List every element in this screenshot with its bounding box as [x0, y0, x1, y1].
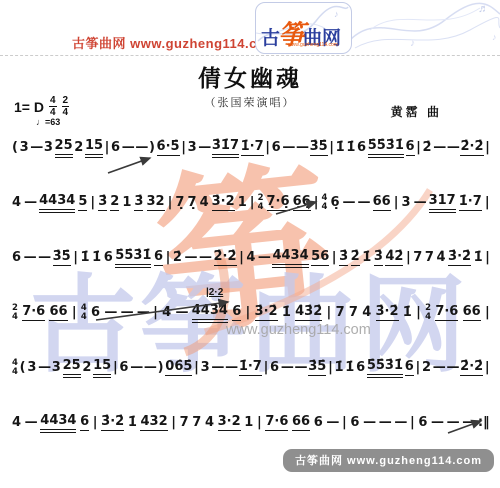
- note-token: 7·6: [22, 304, 45, 321]
- note-token: 5̇5̇3̇1̇: [368, 138, 404, 158]
- barline: |: [416, 305, 421, 321]
- note-token: 6: [272, 140, 281, 156]
- note-token: 6: [119, 360, 128, 376]
- note-token: 3·2: [218, 414, 241, 431]
- barline: |: [257, 415, 262, 431]
- note-token: 7̣: [175, 195, 184, 211]
- note-token: 66: [49, 304, 67, 321]
- note-token: 1̇: [336, 140, 345, 156]
- note-token: 1̇: [282, 305, 291, 321]
- barline: |: [166, 250, 171, 266]
- note-token: —: [38, 360, 50, 376]
- note-token: 3̇5̇: [53, 249, 71, 266]
- note-token: —: [225, 360, 237, 376]
- note-token: 4̇: [362, 305, 371, 321]
- note-token: —: [462, 415, 474, 431]
- barline: |: [328, 360, 333, 376]
- note-token: —: [394, 415, 406, 431]
- time-signature-24: 2 4: [62, 95, 70, 118]
- note-token: 1̇: [92, 250, 101, 266]
- note-token: 6: [314, 415, 323, 431]
- note-token: 6: [405, 359, 414, 376]
- note-token: 3̇: [98, 194, 107, 211]
- note-token: 4: [12, 195, 21, 211]
- note-token: —: [447, 415, 459, 431]
- svg-text:♬: ♬: [478, 3, 489, 15]
- note-token: 6: [270, 360, 279, 376]
- note-token: 3̇: [134, 194, 143, 211]
- note-token: —: [135, 140, 147, 156]
- note-token: 4: [246, 250, 255, 266]
- note-token: 1̇: [362, 250, 371, 266]
- note-token: 2: [74, 140, 83, 156]
- barline: |: [239, 250, 244, 266]
- time-signature-inline: 24: [12, 304, 18, 322]
- time-signature-inline: 44: [321, 194, 327, 212]
- note-token: 2: [110, 194, 119, 211]
- header-divider: [0, 55, 500, 56]
- note-token: 5: [78, 194, 87, 211]
- note-token: —: [144, 360, 156, 376]
- barline: |: [265, 140, 270, 156]
- note-token: —: [343, 195, 355, 211]
- barline: |: [485, 360, 490, 376]
- note-token: —: [198, 140, 210, 156]
- barline: |: [329, 140, 334, 156]
- note-token: (: [20, 360, 26, 376]
- note-token: 3̇: [339, 249, 348, 266]
- note-token: 3̇·2̇: [101, 414, 124, 431]
- barline: |: [153, 305, 158, 321]
- note-token: —: [175, 305, 187, 321]
- barline: |: [264, 360, 269, 376]
- note-token: 2̇·2̇: [460, 139, 483, 156]
- note-token: 1: [244, 415, 253, 431]
- note-token: 66: [292, 414, 310, 431]
- note-token: 6̇·5̇: [157, 139, 180, 156]
- barline: |: [485, 140, 490, 156]
- note-token: 4̇3̇2̇: [295, 304, 322, 321]
- score-line-1: (3—325215|6——)6̇·5̇|3—3̇1̇71̇·7|6——3̇5̇|…: [12, 120, 490, 175]
- note-token: 25: [55, 138, 73, 158]
- note-token: 1̇: [346, 140, 355, 156]
- barline: |: [246, 305, 251, 321]
- note-token: 66: [373, 194, 391, 211]
- note-token: 1̇: [128, 415, 137, 431]
- note-token: 6: [80, 414, 89, 431]
- barline: |: [416, 140, 421, 156]
- barline: |: [72, 305, 77, 321]
- note-token: —: [38, 250, 50, 266]
- note-token: —: [433, 360, 445, 376]
- note-token: —: [24, 250, 36, 266]
- note-token: 6: [356, 360, 365, 376]
- sheet-music-page: 古筝曲网 www.guzheng114.com ♪ 古 筝 曲网 www.guz…: [0, 0, 500, 488]
- note-token: 1̇: [474, 250, 483, 266]
- time-signature-inline: 24: [425, 304, 431, 322]
- note-token: 6: [12, 250, 21, 266]
- note-token: 3: [20, 140, 29, 156]
- song-title: 倩女幽魂: [0, 60, 500, 93]
- site-name-text: 古筝曲网 www.guzheng114.com: [72, 33, 277, 52]
- barline: |: [485, 250, 490, 266]
- time-signature-inline: 24: [258, 194, 264, 212]
- barline: |: [105, 140, 110, 156]
- site-logo: ♪ 古 筝 曲网 www.guzheng114.com: [255, 2, 352, 54]
- note-token: 15: [93, 358, 111, 378]
- note-token: :‖: [478, 415, 490, 431]
- note-token: 3̇·2̇: [448, 249, 471, 266]
- note-token: 317: [429, 193, 456, 213]
- time-signature-inline: 44: [12, 359, 18, 377]
- note-token: —: [446, 360, 458, 376]
- barline: |: [485, 305, 490, 321]
- note-token: 3: [401, 195, 410, 211]
- note-token: —: [258, 250, 270, 266]
- barline: |: [93, 415, 98, 431]
- note-token: —: [122, 140, 134, 156]
- note-token: 7·6: [435, 304, 458, 321]
- note-token: 4: [205, 415, 214, 431]
- score-line-6: 4—44346|3̇·2̇1̇432|7743·21|7·6666—|6———|…: [12, 395, 490, 450]
- score-line-3: 6——3̇5̇|1̇1̇65̇5̇3̇1̇6|2̇——2̇·2̇|4—44345…: [12, 230, 490, 285]
- note-token: —: [184, 250, 196, 266]
- note-token: 1̇: [345, 360, 354, 376]
- note-token: —: [295, 360, 307, 376]
- note-token: —: [24, 195, 36, 211]
- header-decoration-icon: ♬ ♪ ♪: [350, 0, 500, 52]
- note-token: 6: [350, 415, 359, 431]
- note-token: 3̇·2̇: [376, 304, 399, 321]
- footer-site-badge: 古筝曲网 www.guzheng114.com: [283, 449, 494, 472]
- note-token: —: [25, 415, 37, 431]
- note-token: 6: [104, 250, 113, 266]
- note-token: 3̇·2̇: [255, 304, 278, 321]
- barline: |: [73, 250, 78, 266]
- note-token: —: [104, 305, 116, 321]
- note-token: 15: [85, 138, 103, 158]
- barline: |: [327, 305, 332, 321]
- note-token: 6: [111, 140, 120, 156]
- key-prefix: 1= D: [14, 99, 44, 115]
- note-token: 32: [147, 194, 165, 211]
- note-token: —: [431, 415, 443, 431]
- note-token: —: [30, 140, 42, 156]
- note-token: 1̇: [335, 360, 344, 376]
- note-token: 3: [44, 140, 53, 156]
- note-token: —: [281, 360, 293, 376]
- note-token: 3: [52, 360, 61, 376]
- note-token: 7: [413, 250, 422, 266]
- note-token: —: [326, 415, 338, 431]
- note-token: 4: [200, 195, 209, 211]
- note-token: 2: [422, 360, 431, 376]
- note-token: 6: [154, 249, 163, 266]
- barline: |: [314, 195, 319, 211]
- note-token: ): [149, 140, 155, 156]
- note-token: 7̣: [187, 195, 196, 211]
- note-token: —: [282, 140, 294, 156]
- note-token: 3: [27, 360, 36, 376]
- note-token: 7̣·6̣: [267, 194, 290, 211]
- barline: |: [181, 140, 186, 156]
- note-token: 5̇5̇3̇1̇: [367, 358, 403, 378]
- barline: |: [168, 195, 173, 211]
- barline: |: [113, 360, 118, 376]
- note-token: 2: [82, 360, 91, 376]
- note-token: 2̇·2̇: [460, 359, 483, 376]
- note-token: —: [130, 360, 142, 376]
- barline: |: [416, 360, 421, 376]
- note-token: —: [363, 415, 375, 431]
- score-lines: (3—325215|6——)6̇·5̇|3—3̇1̇71̇·7|6——3̇5̇|…: [12, 120, 490, 450]
- note-token: 2̇: [423, 140, 432, 156]
- note-token: 7: [425, 250, 434, 266]
- note-token: ): [158, 360, 164, 376]
- barline: |: [410, 415, 415, 431]
- note-token: 6: [91, 305, 100, 321]
- note-token: —: [414, 195, 426, 211]
- barline: |: [406, 250, 411, 266]
- note-token: 6̣: [330, 195, 339, 211]
- note-token: —: [137, 305, 149, 321]
- time-signature-inline: 44: [81, 304, 87, 322]
- note-token: 3̇: [374, 249, 383, 266]
- barline: |: [171, 415, 176, 431]
- note-token: 1: [122, 195, 131, 211]
- note-token: 4434: [272, 248, 308, 268]
- note-token: 6: [406, 139, 415, 156]
- svg-text:♪: ♪: [410, 38, 415, 49]
- note-token: 6: [357, 140, 366, 156]
- note-token: —: [379, 415, 391, 431]
- note-token: 3: [201, 360, 210, 376]
- note-token: 7: [192, 415, 201, 431]
- note-token: 6̣6̣: [293, 194, 311, 211]
- score-line-2: 4—44345|3̇213̇32|7̣7̣43̇·21|247̣·6̣6̣6̣|…: [12, 175, 490, 230]
- time-signature-44: 4 4: [49, 95, 57, 118]
- note-token: 6: [418, 415, 427, 431]
- note-token: 3̇5̇: [310, 139, 328, 156]
- key-signature: 1= D 4 4 2 4: [14, 95, 69, 118]
- logo-url-text: www.guzheng114.com: [288, 42, 338, 48]
- note-token: 4434: [40, 413, 76, 433]
- note-token: 1: [238, 195, 247, 211]
- note-token: —: [447, 140, 459, 156]
- note-token: 1̇·7: [239, 359, 262, 376]
- note-token: 7: [336, 305, 345, 321]
- note-token: 1̇: [403, 305, 412, 321]
- barline: |: [342, 415, 347, 431]
- score-line-4: 247·666|446———|4—44346|3̇·2̇1̇4̇3̇2̇|774…: [12, 285, 490, 340]
- score-cue-note: |2·2: [206, 287, 223, 298]
- note-token: 4434: [192, 303, 228, 323]
- note-token: 2̇: [173, 250, 182, 266]
- note-token: 4434: [39, 193, 75, 213]
- note-token: 432: [140, 414, 167, 431]
- note-token: 1̇·7: [241, 139, 264, 156]
- note-token: 7: [349, 305, 358, 321]
- barline: |: [485, 195, 490, 211]
- note-token: —: [211, 360, 223, 376]
- note-token: 2̇·2̇: [214, 249, 237, 266]
- note-token: 7: [180, 415, 189, 431]
- note-token: 2̇: [351, 249, 360, 266]
- score-line-5: 44(3—325215|6——)06̇5̇|3——1̇·7|6——3̇5̇|1̇…: [12, 340, 490, 395]
- note-token: —: [296, 140, 308, 156]
- note-token: (: [12, 140, 18, 156]
- note-token: 3̇1̇7: [212, 138, 239, 158]
- note-token: —: [199, 250, 211, 266]
- note-token: 56: [311, 249, 329, 266]
- barline: |: [194, 360, 199, 376]
- note-token: 5̇5̇3̇1̇: [115, 248, 151, 268]
- barline: |: [332, 250, 337, 266]
- note-token: 3̇·2: [212, 194, 235, 211]
- note-token: —: [121, 305, 133, 321]
- barline: |: [250, 195, 255, 211]
- note-token: 06̇5̇: [165, 359, 192, 376]
- composer-credit: 黄霑 曲: [391, 103, 442, 120]
- note-token: —: [358, 195, 370, 211]
- barline: |: [90, 195, 95, 211]
- note-token: 4̇2̇: [385, 249, 403, 266]
- note-token: 1̇: [81, 250, 90, 266]
- note-token: 4̇: [436, 250, 445, 266]
- note-token: 66: [463, 304, 481, 321]
- barline: |: [394, 195, 399, 211]
- note-token: —: [433, 140, 445, 156]
- note-token: 25: [63, 358, 81, 378]
- svg-text:♪: ♪: [492, 32, 497, 42]
- note-token: 3̇5̇: [308, 359, 326, 376]
- note-token: 4: [162, 305, 171, 321]
- note-token: 6: [232, 304, 241, 321]
- note-token: 7·6: [265, 414, 288, 431]
- note-token: 4: [12, 415, 21, 431]
- note-token: 1̇·7: [459, 194, 482, 211]
- note-token: 3: [188, 140, 197, 156]
